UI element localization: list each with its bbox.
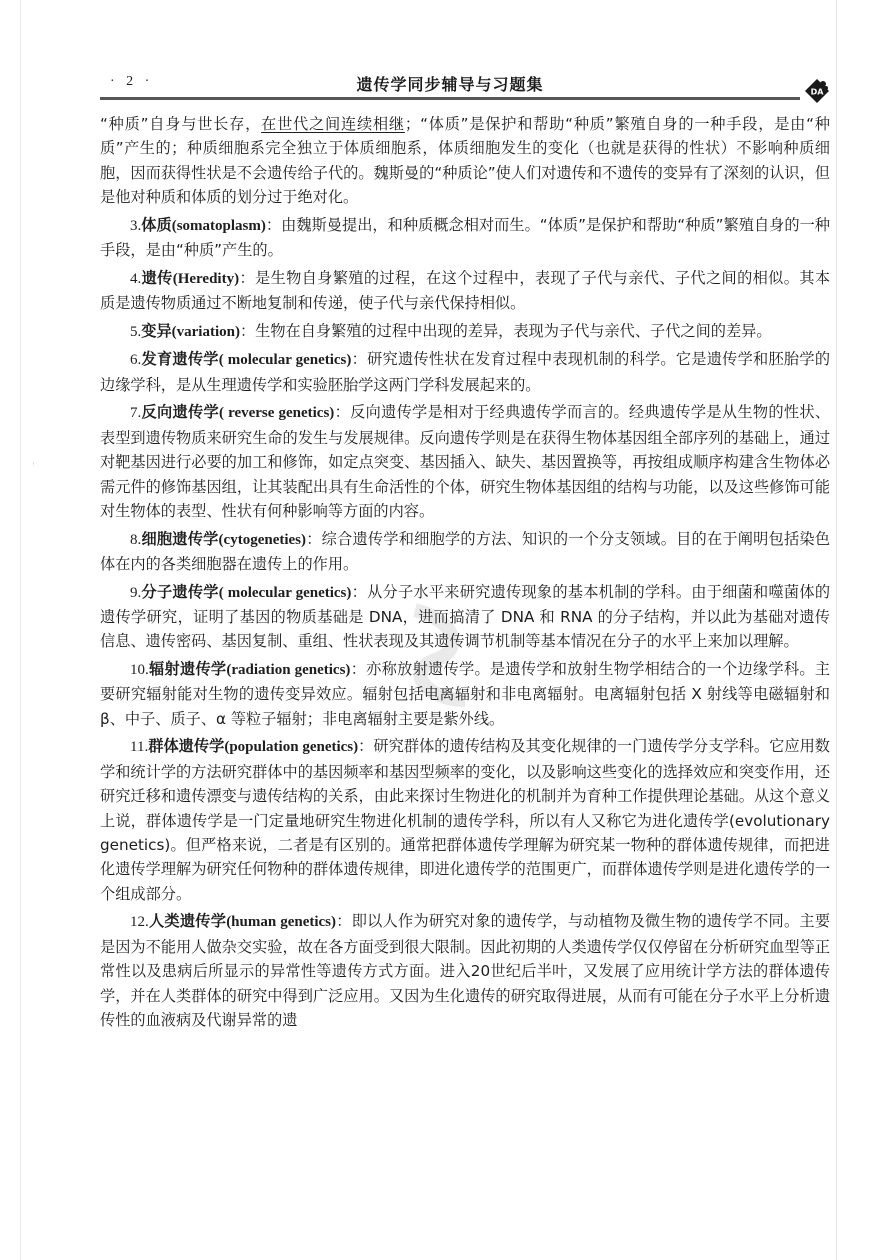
entry-english: (variation): [172, 324, 240, 340]
paragraph-germplasm-continuation: “种质”自身与世长存，在世代之间连续相继；“体质”是保护和帮助“种质”繁殖自身的…: [100, 112, 830, 210]
entry-term: 人类遗传学: [149, 912, 226, 930]
scan-artifact-mark: ᵎ: [33, 460, 34, 469]
entry-human-genetics: 12.人类遗传学(human genetics)：即以人作为研究对象的遗传学，与…: [100, 909, 830, 1032]
header-rule: [100, 97, 800, 100]
underlined-phrase: 在世代之间连续相继: [261, 115, 405, 133]
entry-term: 体质: [141, 216, 171, 234]
entry-number: 9.: [130, 585, 141, 601]
entry-english: ( molecular genetics): [219, 585, 352, 601]
entry-term: 发育遗传学: [141, 350, 218, 368]
entry-english: (radiation genetics): [226, 662, 350, 678]
entry-number: 12.: [130, 914, 149, 930]
entry-developmental-genetics: 6.发育遗传学( molecular genetics)：研究遗传性状在发育过程…: [100, 347, 830, 397]
paragraph-text: “种质”自身与世长存，: [100, 115, 261, 133]
entry-radiation-genetics: 10.辐射遗传学(radiation genetics)：亦称放射遗传学。是遗传…: [100, 657, 830, 731]
entry-somatoplasm: 3.体质(somatoplasm)：由魏斯曼提出，和种质概念相对而生。“体质”是…: [100, 213, 830, 263]
entry-number: 10.: [130, 662, 149, 678]
entry-number: 4.: [130, 271, 141, 287]
entry-number: 5.: [130, 324, 141, 340]
entry-molecular-genetics: 9.分子遗传学( molecular genetics)：从分子水平来研究遗传现…: [100, 580, 830, 654]
entry-english: (Heredity): [173, 271, 239, 287]
entry-heredity: 4.遗传(Heredity)：是生物自身繁殖的过程，在这个过程中，表现了子代与亲…: [100, 266, 830, 316]
scan-page-edge-right: [836, 0, 837, 1260]
entry-text: ：研究群体的遗传结构及其变化规律的一门遗传学分支学科。它应用数学和统计学的方法研…: [100, 737, 830, 902]
entry-number: 3.: [130, 218, 141, 234]
entry-term: 细胞遗传学: [141, 530, 218, 548]
entry-term: 遗传: [141, 269, 172, 287]
entry-number: 8.: [130, 532, 141, 548]
entry-term: 辐射遗传学: [149, 660, 227, 678]
logo-text: DA: [811, 88, 825, 97]
entry-text: ：生物在自身繁殖的过程中出现的差异，表现为子代与亲代、子代之间的差异。: [240, 322, 772, 340]
entry-english: (population genetics): [224, 739, 358, 755]
entry-term: 变异: [141, 322, 171, 340]
scan-page-edge-left: [20, 0, 21, 1260]
entry-english: (cytogeneties): [219, 532, 306, 548]
entry-number: 7.: [130, 405, 141, 421]
entry-english: (human genetics): [226, 914, 336, 930]
entry-number: 6.: [130, 352, 141, 368]
entry-english: ( reverse genetics): [219, 405, 334, 421]
entry-term: 反向遗传学: [141, 403, 219, 421]
entry-number: 11.: [130, 739, 148, 755]
running-title: 遗传学同步辅导与习题集: [100, 72, 800, 95]
page-header: · 2 · 遗传学同步辅导与习题集: [100, 66, 830, 96]
entry-cytogenetics: 8.细胞遗传学(cytogeneties)：综合遗传学和细胞学的方法、知识的一个…: [100, 527, 830, 577]
da-diamond-logo-icon: DA: [804, 78, 830, 104]
entry-term: 分子遗传学: [141, 583, 218, 601]
entry-reverse-genetics: 7.反向遗传学( reverse genetics)：反向遗传学是相对于经典遗传…: [100, 400, 830, 523]
page-body: “种质”自身与世长存，在世代之间连续相继；“体质”是保护和帮助“种质”繁殖自身的…: [100, 112, 830, 1036]
entry-population-genetics: 11.群体遗传学(population genetics)：研究群体的遗传结构及…: [100, 734, 830, 906]
entry-term: 群体遗传学: [148, 737, 224, 755]
entry-english: (somatoplasm): [172, 218, 266, 234]
entry-english: ( molecular genetics): [219, 352, 352, 368]
entry-variation: 5.变异(variation)：生物在自身繁殖的过程中出现的差异，表现为子代与亲…: [100, 319, 830, 344]
